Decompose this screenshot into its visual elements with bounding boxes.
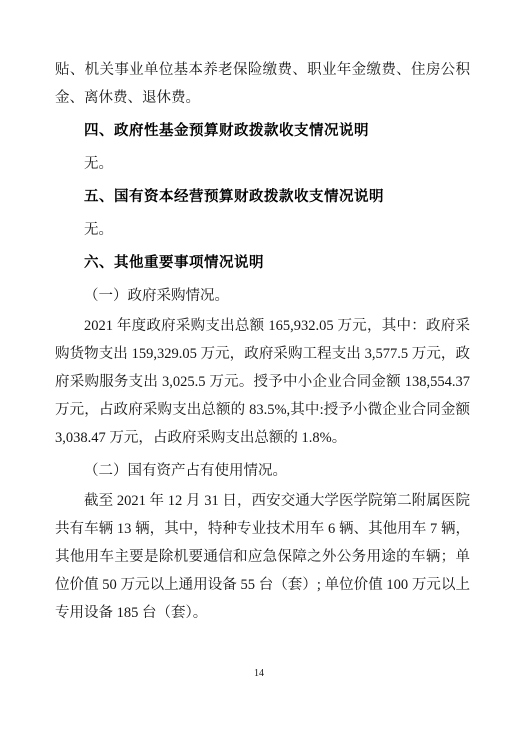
paragraph-none-2: 无。 [55,216,470,244]
section-heading-five: 五、国有资本经营预算财政拨款收支情况说明 [55,183,470,211]
subheading-government-procurement: （一）政府采购情况。 [55,282,470,310]
paragraph-continuation: 贴、机关事业单位基本养老保险缴费、职业年金缴费、住房公积金、离休费、退休费。 [55,56,470,112]
subheading-state-assets: （二）国有资产占有使用情况。 [55,457,470,485]
page-number: 14 [0,668,518,679]
paragraph-assets-details: 截至 2021 年 12 月 31 日，西安交通大学医学院第二附属医院共有车辆 … [55,487,470,627]
section-heading-six: 六、其他重要事项情况说明 [55,249,470,277]
section-heading-four: 四、政府性基金预算财政拨款收支情况说明 [55,117,470,145]
document-page: 贴、机关事业单位基本养老保险缴费、职业年金缴费、住房公积金、离休费、退休费。 四… [0,0,518,627]
paragraph-procurement-details: 2021 年度政府采购支出总额 165,932.05 万元，其中：政府采购货物支… [55,312,470,452]
paragraph-none-1: 无。 [55,150,470,178]
